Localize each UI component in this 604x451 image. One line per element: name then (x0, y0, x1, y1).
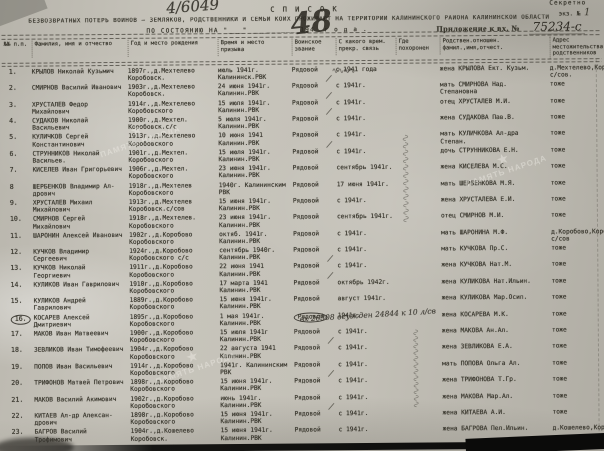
name-cell: СТРУННИКОВ Николай Васильев. (32, 150, 128, 165)
relative-cell: мать ШАРОНИНА М.Ф. (441, 228, 551, 236)
name-cell: ЗЕВЛИКОВ Иван Тимофеевич (34, 346, 130, 354)
relative-cell: жена СУДАКОВА Пав.В. (440, 114, 550, 122)
draft-cell: 15 июня 1941г. Калинин.РВК (220, 296, 294, 311)
address-cell: тоже (552, 343, 604, 351)
relative-cell: жена ХРУСТАЛЕВА Е.И. (441, 195, 551, 203)
rank-cell: Рядовой (294, 328, 338, 336)
row-number: 8 (3, 183, 33, 190)
birth-cell: 1910г.,д.Коробово Коробовского (129, 280, 219, 295)
relative-cell: отец ХРУСТАЛЕВ М.И. (440, 97, 550, 105)
row-number: 16. (4, 314, 34, 324)
address-cell: тоже (551, 261, 603, 269)
address-cell: тоже (552, 375, 604, 383)
relative-cell: жена БАГРОВА Пел.Ильин. (443, 425, 553, 433)
row-number: 22. (4, 413, 34, 420)
birth-cell: 1902г.,д.Коробово Коробовского (129, 231, 219, 246)
rank-cell: Рядовой∕ (292, 82, 336, 90)
rank-cell: Рядовой (294, 361, 338, 369)
check-mark: ∕ (327, 142, 332, 150)
rank-cell: Рядовой (292, 132, 336, 140)
contact-lost-cell: октябрь 1942г. (337, 279, 397, 287)
row-number: 1. (2, 68, 32, 75)
contact-lost-cell: с 1941г. (336, 148, 396, 156)
draft-cell: 15 июня 1941г. Калинин.РВК (220, 411, 294, 426)
draft-cell: 10 июня 1941 Калинин.РВК (218, 132, 292, 147)
hand-circle-mark: 16. (11, 314, 31, 324)
birth-cell: 1903г.,д.Мехтелево Коробовск. (128, 83, 218, 98)
rank-cell: Рядовой∕ (293, 279, 337, 287)
row-number: 14. (3, 281, 33, 288)
contact-lost-cell: сентябрь 1941г. (337, 164, 397, 172)
contact-lost-cell: с 1941г. (337, 262, 397, 270)
name-cell: КОСАРЕВ Алексей Дмитриевич (34, 314, 130, 329)
rank-cell: Рядовой∕ (294, 345, 338, 353)
row-number: 13. (3, 265, 33, 272)
row-number: 19. (4, 363, 34, 370)
column-header-7: Родствен.отношен. фамил.,имя,отчест. (440, 37, 550, 55)
birth-cell: 1900г.,д.Мехтел. Коробовск.с/с (128, 116, 218, 131)
row-number: 11. (3, 232, 33, 239)
relative-cell: жена КУЛИКОВА Мар.Осип. (442, 294, 552, 302)
name-cell: ХРУСТАЛЕВ Михаил Михайлович (33, 199, 129, 214)
draft-cell: 23 июня 1941г. Калинин.РВК (219, 165, 293, 180)
draft-cell: 15 июня 1941г. Калинин.РВК (220, 378, 294, 393)
relative-cell: жена ЗЕВЛИКОВА Е.А. (442, 343, 552, 351)
contact-lost-cell: август 1941г. (338, 295, 398, 303)
birth-cell: 1902г.,д.Коробово Коробовского (130, 395, 220, 410)
draft-cell: 1940г. Калининским РВК (219, 181, 293, 196)
birth-cell: 1914г.,д.Коробово Коробовского (130, 362, 220, 377)
draft-cell: 15 июля 1941г. Калинин.РВК (218, 148, 292, 163)
relative-cell: жена МАКОВА Мар.Ал. (442, 392, 552, 400)
paper-sheet: 4/6049 С П И С О К Секретно экз. № 1 БЕЗ… (0, 0, 604, 451)
relative-cell: мать КУЛИЧКОВА Ал-дра Степан. (440, 130, 550, 145)
row-number: 7. (3, 167, 33, 174)
address-cell: тоже (550, 146, 602, 154)
losses-table: №№ п.п.Фамилия, имя и отчествоГод и мест… (1, 30, 604, 445)
address-cell: тоже (551, 277, 603, 285)
draft-cell: 15 июня 1941г. Калинин.РВК (221, 427, 295, 442)
contact-lost-cell: с 1941г. (336, 82, 396, 90)
row-number: 3. (2, 101, 32, 108)
birth-cell: 1906г.,д.Мехтел. Коробовского (129, 165, 219, 180)
contact-lost-cell: с 1941г. (339, 426, 399, 434)
contact-lost-cell: с 1941г. (338, 344, 398, 352)
contact-lost-cell: с 1941г. (338, 393, 398, 401)
row-number: 4. (2, 118, 32, 125)
birth-cell: 1897г.,д.Мехтелево Коробовск. (128, 67, 218, 82)
draft-cell: июнь 1941г. Калинин.РВК (220, 394, 294, 409)
column-header-8: Адрес местожительства родственников (550, 36, 604, 58)
birth-cell: 1914г.,д.Мехтелево Коробовского (128, 100, 218, 115)
relative-cell: жена ТРИФОНОВА Т.Гр. (442, 376, 552, 384)
name-cell: КУЛИКОВ Андрей Гаврилович (34, 297, 130, 312)
handwritten-vertical-scribble: ∿∿∿∿∿∿∿∿∿∿∿∿ (410, 329, 421, 434)
relative-cell: жена МАКОВА Ан.Ал. (442, 327, 552, 335)
relative-cell: дочь СТРУННИКОВА Е.Н. (440, 146, 550, 154)
draft-cell: 15 июня 1941г. Калинин.РВК (219, 198, 293, 213)
handwritten-scribble: ∿∿∿∿ (332, 66, 355, 75)
row-number: 23. (5, 429, 35, 436)
contact-lost-cell: 17 июня 1941г. (337, 180, 397, 188)
rank-cell: Рядовой (294, 394, 338, 402)
name-cell: КИТАЕВ Ал-др Алексан-дрович (34, 412, 130, 427)
name-cell: КРЫЛОВ Николай Кузьмич (32, 68, 128, 76)
draft-cell: 17 марта 1941 Калинин.РВК (219, 279, 293, 294)
column-header-1: Фамилия, имя и отчество (32, 40, 128, 58)
draft-cell: 5 июля 1941г. Калинин.РВК (218, 116, 292, 131)
row-number: 2. (2, 85, 32, 92)
check-mark: ∕ (326, 109, 331, 117)
birth-cell: 1900г.,д.Коробово Коробовского (130, 329, 220, 344)
birth-cell: 1904г.,д.Коробово Коробовского (130, 346, 220, 361)
birth-cell: 1913г.,д.Мехтелев Коробовск.с/сов (129, 198, 219, 213)
rank-cell: Рядовой∕ (294, 377, 338, 385)
check-mark: ∕ (328, 273, 333, 281)
rank-cell: Рядовой (294, 295, 338, 303)
column-header-5: С какого врем. прекр. связь (336, 38, 396, 55)
name-cell: КУЧКОВ Владимир Сергеевич (33, 248, 129, 263)
birth-cell: 1913г.,д.Мехтелево Коробовского (128, 133, 218, 148)
contact-lost-cell: с 1941г. (338, 377, 398, 385)
row-number: 10. (3, 216, 33, 223)
handwritten-register-number: 4/6049 (166, 0, 220, 17)
name-cell: КУЧКОВ Николай Георгиевич (33, 264, 129, 279)
name-cell: СУДАКОВ Николай Васильевич (32, 117, 128, 132)
address-cell: тоже (552, 392, 604, 400)
draft-cell: 24 июня 1941г. Калинин.РВК (218, 83, 292, 98)
rank-cell: Рядовой∕ (292, 148, 336, 156)
relative-cell: жена КУЧКОВА Нат.М. (441, 261, 551, 269)
address-cell: тоже (552, 293, 604, 301)
name-cell: СМИРНОВ Сергей Михайлович (33, 215, 129, 230)
secrecy-stamp: Секретно (549, 0, 586, 7)
contact-lost-cell: с 1941г. (336, 98, 396, 106)
address-cell: тоже (552, 310, 604, 318)
row-number: 6. (2, 150, 32, 157)
address-cell: тоже (552, 408, 604, 416)
name-cell: МАКОВ Василий Акимович (34, 395, 130, 403)
relative-cell: отец СМИРНОВ М.И. (441, 212, 551, 220)
check-mark: ∕ (329, 404, 334, 412)
birth-cell: 1924г.,д.Коробово Коробовского с/с (129, 247, 219, 262)
row-number: 20. (4, 380, 34, 387)
address-cell: тоже (552, 359, 604, 367)
rank-cell: Рядовой (293, 197, 337, 205)
name-cell: ХРУСТАЛЕВ Федор Михайлович (32, 100, 128, 115)
rank-cell: Рядовой∕ (294, 410, 338, 418)
address-cell: тоже (552, 326, 604, 334)
contact-lost-cell: с 1941г. (336, 115, 396, 123)
birth-cell: 1911г.,д.Коробово Коробовского (129, 264, 219, 279)
address-cell: тоже (551, 211, 603, 219)
relative-cell: жена КРЫЛОВА Ект. Кузьм. (440, 64, 550, 72)
scan-corner-shadow (0, 0, 48, 29)
address-cell: тоже (550, 113, 602, 121)
draft-cell: 22 августа 1941 Калинин.РВК (220, 345, 294, 360)
address-cell: тоже (550, 80, 602, 88)
check-mark: ∕ (326, 93, 331, 101)
rank-cell: Рядовой (293, 181, 337, 189)
name-cell: КУЛИКОВ Иван Гаврилович (33, 281, 129, 289)
contact-lost-cell: с 1941г. (336, 131, 396, 139)
handwritten-date-overwrite: 48 (289, 3, 334, 42)
rank-cell: Рядовой (293, 246, 337, 254)
contact-lost-cell: сентябрь 1941г. (337, 213, 397, 221)
name-cell: СМИРНОВ Василий Иванович (32, 84, 128, 92)
relative-cell: жена КУЛИКОВА Нат.Ильин. (441, 277, 551, 285)
name-cell: КУЛИЧКОВ Сергей Константинович (32, 133, 128, 148)
birth-cell: 1898г.,д.Коробово Коробовского (130, 411, 220, 426)
address-cell: тоже (551, 195, 603, 203)
name-cell: ПОПОВ Иван Васильевич (34, 363, 130, 371)
address-cell: тоже (551, 244, 603, 252)
rank-cell: Рядовой (293, 230, 337, 238)
relative-cell: мать КУЧКОВА Пр.С. (441, 245, 551, 253)
address-cell: тоже (551, 179, 603, 187)
draft-cell: 1 мая 1941г. Калинин.РВК (220, 312, 294, 327)
birth-cell: 1901г.,д.Мехтел. Коробовского (128, 149, 218, 164)
rank-cell: Рядовой∕ (292, 99, 336, 107)
birth-cell: 1898г.,д.Коробово Коробовского (130, 378, 220, 393)
draft-cell: сентябрь 1940г. Калинин.РВК (219, 247, 293, 262)
name-cell: ШАРОНИН Алексей Иванович (33, 232, 129, 240)
relative-cell: мать ШЕРБЕНКОВА М.Я. (441, 179, 551, 187)
relative-cell: мать ПОПОВА Ольга Ал. (442, 359, 552, 367)
rank-cell: Рядовой (293, 164, 337, 172)
contact-lost-cell: с 1941г. (337, 229, 397, 237)
draft-cell: 1941г. Калининским РВК (220, 361, 294, 376)
birth-cell: 1904г.,д.Кошелево Коробовск. (131, 428, 221, 443)
name-cell: КИСЕЛЕВ Иван Григорьевич (33, 166, 129, 174)
rank-cell: Рядовой (295, 427, 339, 435)
contact-lost-cell: с 1941г. (337, 246, 397, 254)
row-number: 5. (2, 134, 32, 141)
contact-lost-cell: с 1941г. (338, 410, 398, 418)
row-number: 18. (4, 347, 34, 354)
relative-cell: жена КИСЕЛЕВА М.С. (441, 163, 551, 171)
draft-cell: 22 июня 1941 Калинин.РВК (219, 263, 293, 278)
address-cell: д.Кошелево,Коробовского (553, 424, 604, 432)
table-body: 1.КРЫЛОВ Николай Кузьмич1897г.,д.Мехтеле… (2, 64, 604, 445)
birth-cell: 1918г.,д.Мехтелев. Коробовского (129, 214, 219, 229)
contact-lost-cell: с 1941г. (338, 361, 398, 369)
address-cell: тоже (551, 162, 603, 170)
name-cell: ШЕРБЕНКОВ Владимир Ал-дрович (33, 182, 129, 197)
row-number: 12. (3, 249, 33, 256)
draft-cell: октяб. 1941г. Калинин.РВК (219, 230, 293, 245)
column-header-2: Год и место рождения (128, 39, 218, 57)
address-cell: тоже (550, 130, 602, 138)
scanned-document: 4/6049 С П И С О К Секретно экз. № 1 БЕЗ… (0, 0, 604, 451)
relative-cell: мать СМИРНОВА Над. Степановна (440, 81, 550, 96)
draft-cell: 15 июля 1941г. Калинин.РВК (218, 99, 292, 114)
name-cell: МАКОВ Иван Матвеевич (34, 330, 130, 338)
draft-cell: 15 июля 1941г Калинин.РВК (220, 329, 294, 344)
relative-cell: жена КИТАЕВА А.И. (442, 409, 552, 417)
contact-lost-cell: с 1941г. (337, 197, 397, 205)
draft-cell: 23 июня 1941г. Калинин.РВК (219, 214, 293, 229)
rank-cell: Рядовой∕ (293, 263, 337, 271)
column-header-0: №№ п.п. (2, 41, 32, 58)
column-header-6: Где похоронен (396, 37, 440, 54)
contact-lost-cell: с 1941г. (338, 328, 398, 336)
column-header-3: Время и место призыва (218, 39, 292, 57)
birth-cell: 1889г.,д.Коробово Коробовского (130, 296, 220, 311)
row-number: 15. (4, 298, 34, 305)
draft-cell: июль 1941г. Калининск.РВК (218, 66, 292, 81)
rank-cell: Рядовой∕ (292, 115, 336, 123)
row-number: 9. (3, 200, 33, 207)
rank-cell: Рядовой (292, 66, 336, 74)
address-cell: тоже (550, 97, 602, 105)
row-number: 21. (4, 396, 34, 403)
birth-cell: 1895г.,д.Коробово Коробовского (130, 313, 220, 328)
row-number: 17. (4, 331, 34, 338)
name-cell: ТРИФОНОВ Матвей Петрович (34, 379, 130, 387)
birth-cell: 1918г.,д.Мехтелев Коробовского (129, 182, 219, 197)
rank-cell: Рядовой (293, 214, 337, 222)
